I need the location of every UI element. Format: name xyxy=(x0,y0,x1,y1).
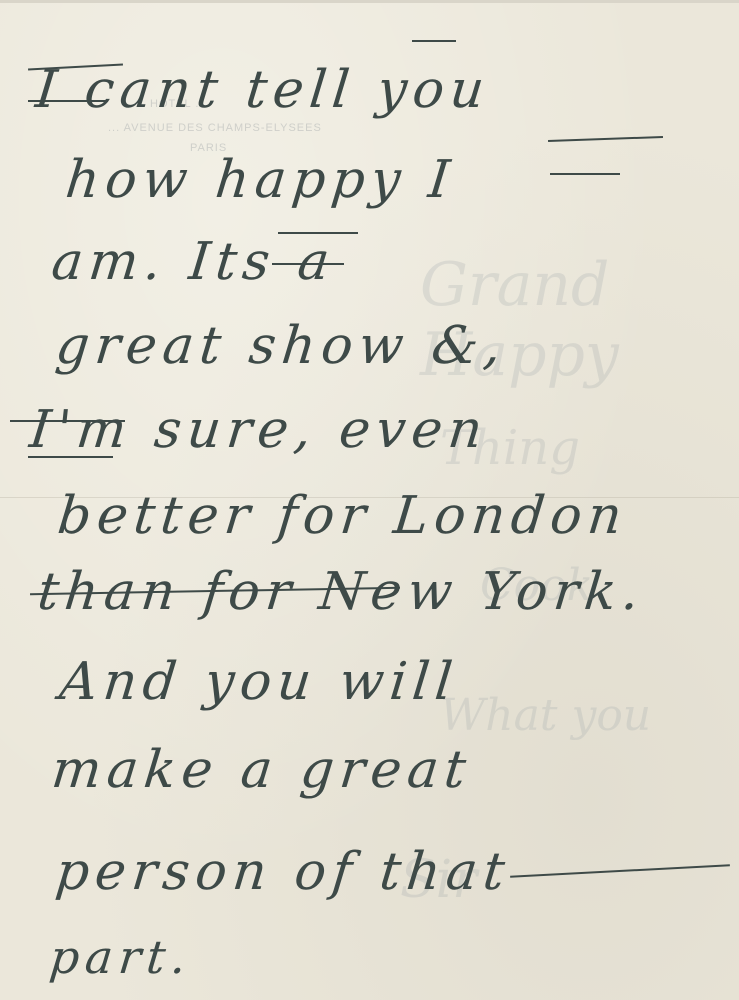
letterhead-bleed-line-2: ... AVENUE DES CHAMPS-ELYSEES xyxy=(108,122,322,134)
underline-im xyxy=(28,456,113,458)
t-bar xyxy=(412,40,456,42)
letter-line-4: great show &, xyxy=(53,316,510,376)
overline-im xyxy=(10,420,125,422)
letter-line-3: am. Its a xyxy=(49,232,338,292)
letter-line-2: how happy I xyxy=(63,150,459,210)
overline-its xyxy=(278,232,358,234)
letter-line-9: make a great xyxy=(49,740,475,800)
underline-i xyxy=(28,100,108,102)
letter-line-5: I'm sure, even xyxy=(27,400,491,460)
letter-line-10: person of that xyxy=(53,842,514,902)
letter-line-8: And you will xyxy=(57,652,461,712)
paper-top-edge xyxy=(0,0,739,3)
letter-line-1: I cant tell you xyxy=(33,60,493,120)
letter-line-11: part. xyxy=(47,930,195,984)
show-through-writing: What you xyxy=(440,690,651,741)
underline-i-2 xyxy=(550,173,620,175)
letter-line-6: better for London xyxy=(55,486,631,546)
underline-its xyxy=(272,263,344,265)
